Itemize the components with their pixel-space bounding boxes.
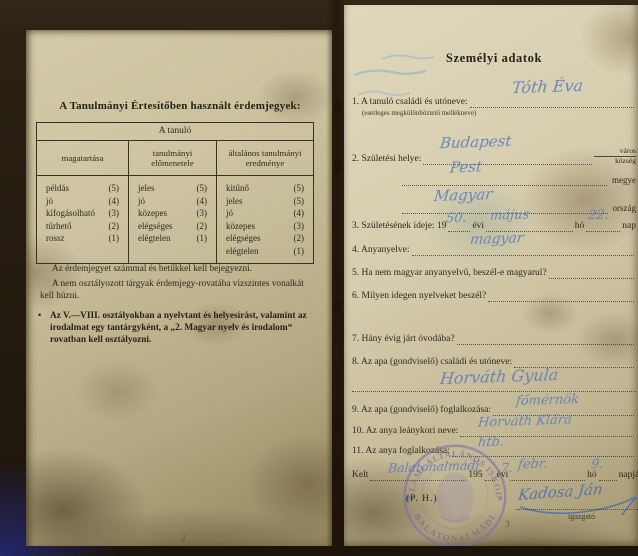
handwritten-birth-year: 50.: [445, 211, 467, 227]
handwritten-birth-county: Pest: [449, 157, 483, 176]
field-birth-county: megye: [400, 175, 636, 186]
column-header-progress: tanulmányi előmenetele: [129, 141, 217, 175]
director-label: igazgató: [568, 512, 595, 521]
grade-label: jó: [226, 207, 290, 220]
grade-row: elégséges(2): [226, 232, 304, 245]
grade-row: rossz(1): [46, 232, 119, 245]
behavior-grades-cell: példás(5) jó(4) kifogásolható(3) tűrhető…: [37, 176, 129, 263]
binding-stitch: [334, 300, 341, 311]
field-student-name: 1. A tanuló családi és utóneve:: [352, 97, 636, 108]
field-speaks-hungarian: 5. Ha nem magyar anyanyelvű, beszél-e ma…: [352, 268, 636, 279]
grade-value: (2): [193, 220, 208, 233]
grade-label: közepes: [226, 220, 290, 233]
field-foreign-languages: 6. Milyen idegen nyelveket beszél?: [352, 291, 636, 302]
field-label: 2. Születési helye:: [352, 154, 421, 165]
handwritten-student-name: Tóth Éva: [511, 76, 584, 98]
field-kindergarten-years: 7. Hány évig járt óvodába?: [352, 334, 636, 345]
overall-grades-cell: kitűnő(5) jeles(5) jó(4) közepes(3) elég…: [217, 176, 313, 263]
progress-grades-cell: jeles(5) jó(4) közepes(3) elégséges(2) e…: [129, 176, 217, 263]
grade-label: példás: [46, 182, 105, 195]
ho-label: hó: [575, 221, 585, 232]
grade-value: (4): [193, 195, 208, 208]
dotted-line: [352, 389, 636, 392]
grade-value: (4): [105, 195, 120, 208]
field-label: 3. Születésének ideje: 19: [352, 221, 446, 232]
right-page: Személyi adatok 1. A tanuló családi és u…: [344, 5, 638, 546]
handwritten-father-name: Horváth Gyula: [439, 365, 559, 388]
ph-seal-placeholder: (P. H.): [406, 494, 438, 504]
grade-row: kitűnő(5): [226, 182, 304, 195]
bullet-note-text: Az V.—VIII. osztályokban a nyelvtant és …: [50, 311, 307, 345]
grade-value: (5): [290, 195, 305, 208]
grade-value: (3): [193, 207, 208, 220]
field-label: 6. Milyen idegen nyelveket beszél?: [352, 291, 486, 302]
table-body: példás(5) jó(4) kifogásolható(3) tűrhető…: [37, 176, 313, 263]
dotted-line: [488, 299, 634, 302]
dotted-line: [549, 276, 634, 279]
handwritten-birth-city: Budapest: [439, 132, 512, 153]
grade-row: jeles(5): [226, 195, 304, 208]
grade-label: elégséges: [226, 232, 290, 245]
field-label: 7. Hány évig járt óvodába?: [352, 334, 455, 345]
scanned-report-book-spread: A Tanulmányi Értesítőben használt érdemj…: [0, 0, 638, 556]
field-label: 4. Anyanyelve:: [352, 245, 410, 256]
table-column-headers: magatartása tanulmányi előmenetele által…: [37, 141, 313, 176]
grades-legend-title: A Tanulmányi Értesítőben használt érdemj…: [38, 100, 322, 112]
grade-label: jeles: [226, 195, 290, 208]
grade-row: jó(4): [226, 207, 304, 220]
field-label: 1. A tanuló családi és utóneve:: [352, 97, 468, 108]
unit-varos-kozseg: város község: [594, 147, 636, 165]
dotted-line: [412, 253, 634, 256]
grade-value: (1): [193, 232, 208, 245]
grade-label: rossz: [46, 232, 105, 245]
grade-row: jó(4): [46, 195, 119, 208]
note-1: Az érdemjegyet számmal és betűkkel kell …: [40, 264, 316, 276]
binding-stitch: [334, 420, 341, 431]
handwritten-birth-country: Magyar: [433, 185, 493, 205]
bullet-dot: •: [38, 310, 41, 322]
grade-label: elégtelen: [226, 245, 290, 258]
grade-label: kitűnő: [226, 182, 290, 195]
column-header-behavior: magatartása: [37, 141, 129, 175]
grade-value: (4): [290, 207, 305, 220]
dotted-line: [470, 105, 634, 108]
grade-row: elégtelen(1): [226, 245, 304, 258]
grade-label: kifogásolható: [46, 207, 105, 220]
field-label: 5. Ha nem magyar anyanyelvű, beszél-e ma…: [352, 268, 547, 279]
dotted-line: [448, 229, 470, 232]
grade-row: példás(5): [46, 182, 119, 195]
dotted-line: [402, 183, 607, 186]
grade-row: elégtelen(1): [138, 232, 207, 245]
grade-value: (5): [193, 182, 208, 195]
field-label: 8. Az apa (gondviselő) családi és utónev…: [352, 357, 512, 368]
field-label: 10. Az anya leánykori neve:: [352, 426, 458, 437]
grade-row: jó(4): [138, 195, 207, 208]
binding-stitch: [334, 160, 341, 171]
grade-value: (1): [105, 232, 120, 245]
stamp-star-right: ✱: [497, 495, 503, 503]
field-sublabel: (esetleges megkülönböztető mellékneve): [362, 109, 476, 117]
handwritten-birth-month: május: [489, 207, 530, 223]
grade-row: jeles(5): [138, 182, 207, 195]
column-header-overall: általános tanulmányi eredménye: [217, 141, 313, 175]
grade-label: elégtelen: [138, 232, 193, 245]
handwritten-mother-tongue: magyar: [469, 230, 524, 248]
binding-stitch: [334, 102, 341, 113]
unit-megye: megye: [609, 175, 636, 186]
grade-row: közepes(3): [138, 207, 207, 220]
grade-label: elégséges: [138, 220, 193, 233]
left-page-number: 2: [181, 534, 186, 544]
personal-data-title: Személyi adatok: [404, 51, 584, 66]
evi-label: évi: [472, 221, 484, 232]
note-2: A nem osztályozott tárgyak érdemjegy-rov…: [40, 279, 316, 303]
left-page: A Tanulmányi Értesítőben használt érdemj…: [26, 30, 332, 546]
grade-label: tűrhető: [46, 220, 105, 233]
table-header-a-tanulo: A tanuló: [37, 123, 313, 141]
dotted-line: [423, 162, 592, 165]
grade-row: közepes(3): [226, 220, 304, 233]
grade-label: jeles: [138, 182, 193, 195]
nap-label: nap: [622, 221, 636, 232]
grade-value: (2): [105, 220, 120, 233]
grades-table: A tanuló magatartása tanulmányi előmenet…: [36, 122, 314, 264]
unit-kozseg: község: [594, 156, 636, 166]
grade-value: (2): [290, 232, 305, 245]
grade-value: (3): [105, 207, 120, 220]
unit-orszag: ország: [610, 203, 637, 214]
bullet-note: •Az V.—VIII. osztályokban a nyelvtant és…: [40, 310, 312, 346]
grade-row: tűrhető(2): [46, 220, 119, 233]
dotted-line: [586, 229, 620, 232]
right-page-number: 3: [505, 520, 510, 530]
grade-row: kifogásolható(3): [46, 207, 119, 220]
grade-row: elégséges(2): [138, 220, 207, 233]
signature-block: Kadosa Ján igazgató: [516, 477, 638, 525]
kelt-label: Kelt: [352, 470, 368, 481]
dotted-line: [516, 509, 638, 510]
grade-value: (5): [290, 182, 305, 195]
grade-label: jó: [138, 195, 193, 208]
handwritten-issue-day: 9.: [590, 457, 604, 472]
unit-varos: város: [594, 147, 636, 156]
grade-label: jó: [46, 195, 105, 208]
grade-value: (5): [105, 182, 120, 195]
field-label: 9. Az apa (gondviselő) foglalkozása:: [352, 405, 491, 416]
handwritten-father-occupation: főmérnök: [515, 392, 579, 409]
grade-value: (3): [290, 220, 305, 233]
dotted-line: [457, 342, 634, 345]
grade-label: közepes: [138, 207, 193, 220]
handwritten-birth-day: 22.: [587, 208, 609, 224]
grade-value: (1): [290, 245, 305, 258]
